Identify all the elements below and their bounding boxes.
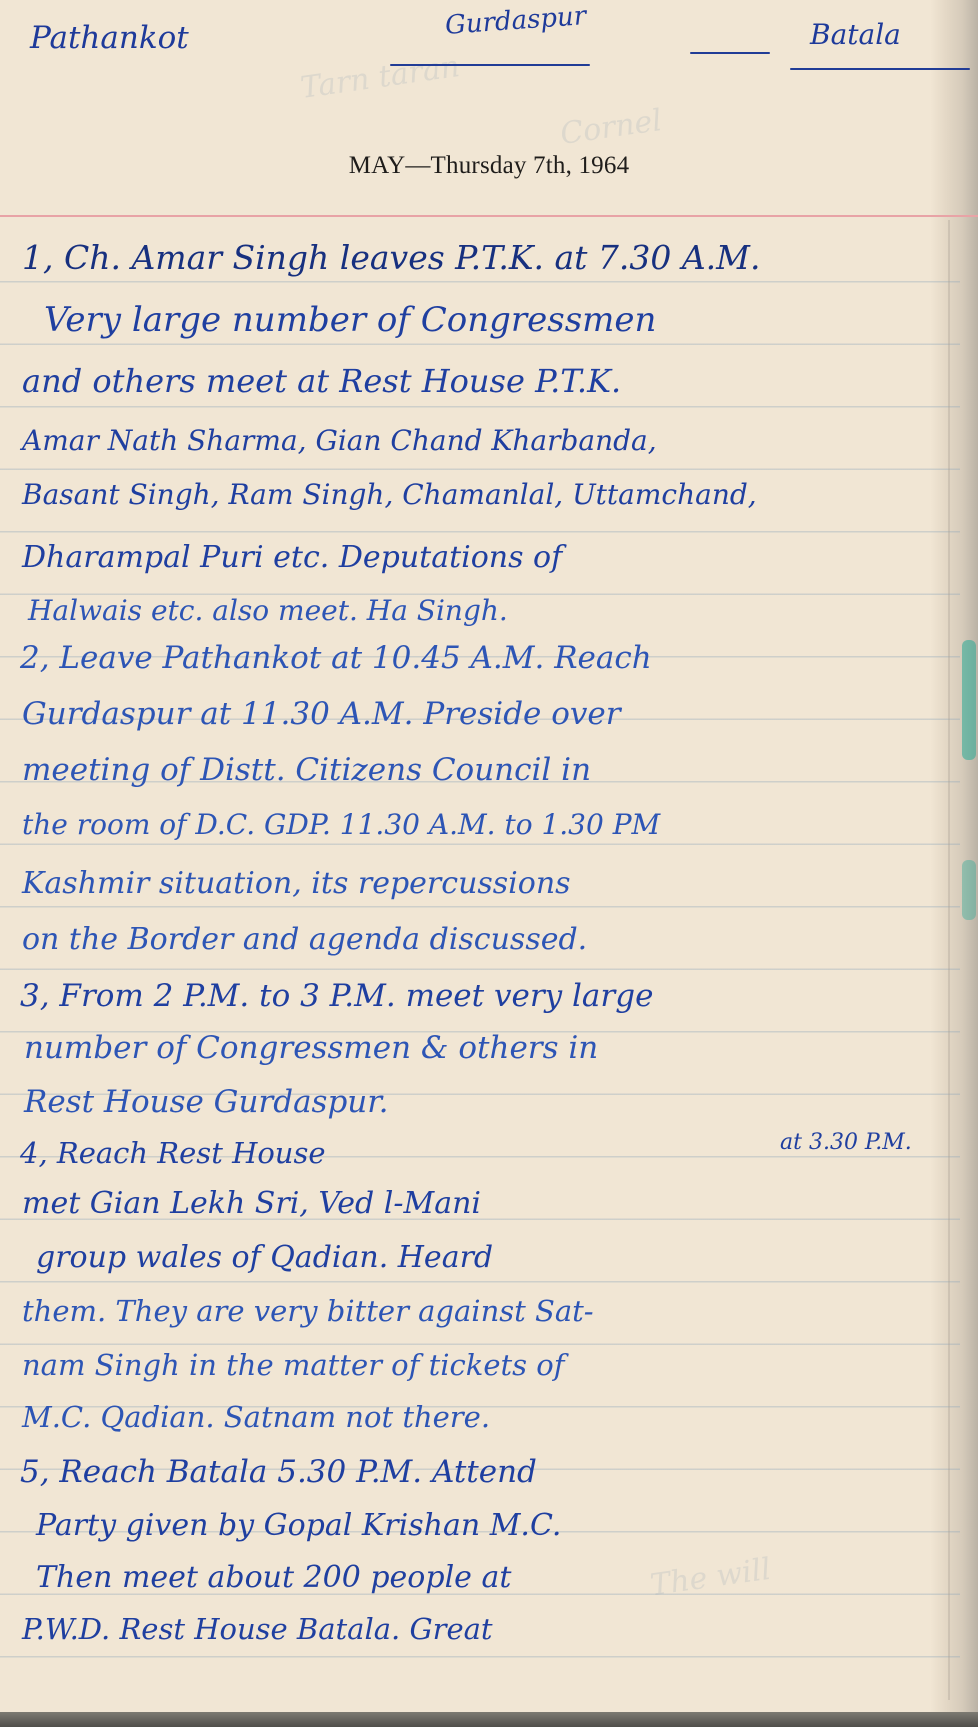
entry-line: group wales of Qadian. Heard bbox=[36, 1240, 493, 1275]
route-from: Pathankot bbox=[30, 20, 189, 56]
ink-stain-mark bbox=[962, 640, 976, 760]
route-dash bbox=[690, 52, 770, 54]
entry-line: Very large number of Congressmen bbox=[44, 300, 656, 340]
route-via: Gurdaspur bbox=[444, 1, 587, 41]
entry-line: Gurdaspur at 11.30 A.M. Preside over bbox=[22, 696, 621, 732]
entry-line: Rest House Gurdaspur. bbox=[24, 1084, 389, 1120]
route-to: Batala bbox=[810, 18, 901, 51]
entry-line: 1, Ch. Amar Singh leaves P.T.K. at 7.30 … bbox=[22, 238, 760, 277]
entry-line: 5, Reach Batala 5.30 P.M. Attend bbox=[20, 1454, 537, 1490]
entry-line: Then meet about 200 people at bbox=[36, 1560, 511, 1595]
entry-line: 4, Reach Rest House bbox=[20, 1136, 326, 1170]
header-red-rule bbox=[0, 215, 978, 217]
entry-line: Kashmir situation, its repercussions bbox=[22, 866, 571, 901]
entry-line: meeting of Distt. Citizens Council in bbox=[22, 752, 591, 788]
entry-line: Amar Nath Sharma, Gian Chand Kharbanda, bbox=[22, 424, 657, 457]
entry-line: Halwais etc. also meet. Ha Singh. bbox=[28, 594, 508, 627]
entry-line: nam Singh in the matter of tickets of bbox=[22, 1348, 564, 1382]
entry-line: Party given by Gopal Krishan M.C. bbox=[36, 1508, 561, 1543]
entry-line: P.W.D. Rest House Batala. Great bbox=[22, 1612, 493, 1646]
show-through-text: Cornel bbox=[558, 103, 664, 152]
entry-line: 2, Leave Pathankot at 10.45 A.M. Reach bbox=[20, 640, 652, 676]
page-bottom-edge bbox=[0, 1712, 978, 1727]
entry-line: on the Border and agenda discussed. bbox=[22, 922, 587, 957]
page-edge-line bbox=[948, 220, 950, 1700]
route-underline bbox=[790, 68, 970, 70]
entry-line: Dharampal Puri etc. Deputations of bbox=[22, 540, 562, 575]
route-dash bbox=[390, 64, 590, 66]
entry-line: M.C. Qadian. Satnam not there. bbox=[22, 1400, 490, 1434]
printed-date-heading: MAY—Thursday 7th, 1964 bbox=[0, 152, 978, 180]
ink-stain-mark bbox=[962, 860, 976, 920]
diary-page: Cornel Tarn taran The will Pathankot Gur… bbox=[0, 0, 978, 1712]
entry-line: them. They are very bitter against Sat- bbox=[22, 1294, 594, 1328]
entry-line: met Gian Lekh Sri, Ved l-Mani bbox=[22, 1186, 481, 1221]
entry-4-time-note: at 3.30 P.M. bbox=[780, 1130, 912, 1155]
entry-line: number of Congressmen & others in bbox=[24, 1030, 598, 1066]
entry-line: 3, From 2 P.M. to 3 P.M. meet very large bbox=[20, 978, 653, 1014]
entry-line: Basant Singh, Ram Singh, Chamanlal, Utta… bbox=[22, 478, 757, 511]
entry-line: and others meet at Rest House P.T.K. bbox=[22, 362, 621, 400]
route-header: Pathankot Gurdaspur Batala bbox=[0, 12, 978, 72]
entry-line: the room of D.C. GDP. 11.30 A.M. to 1.30… bbox=[22, 808, 660, 841]
